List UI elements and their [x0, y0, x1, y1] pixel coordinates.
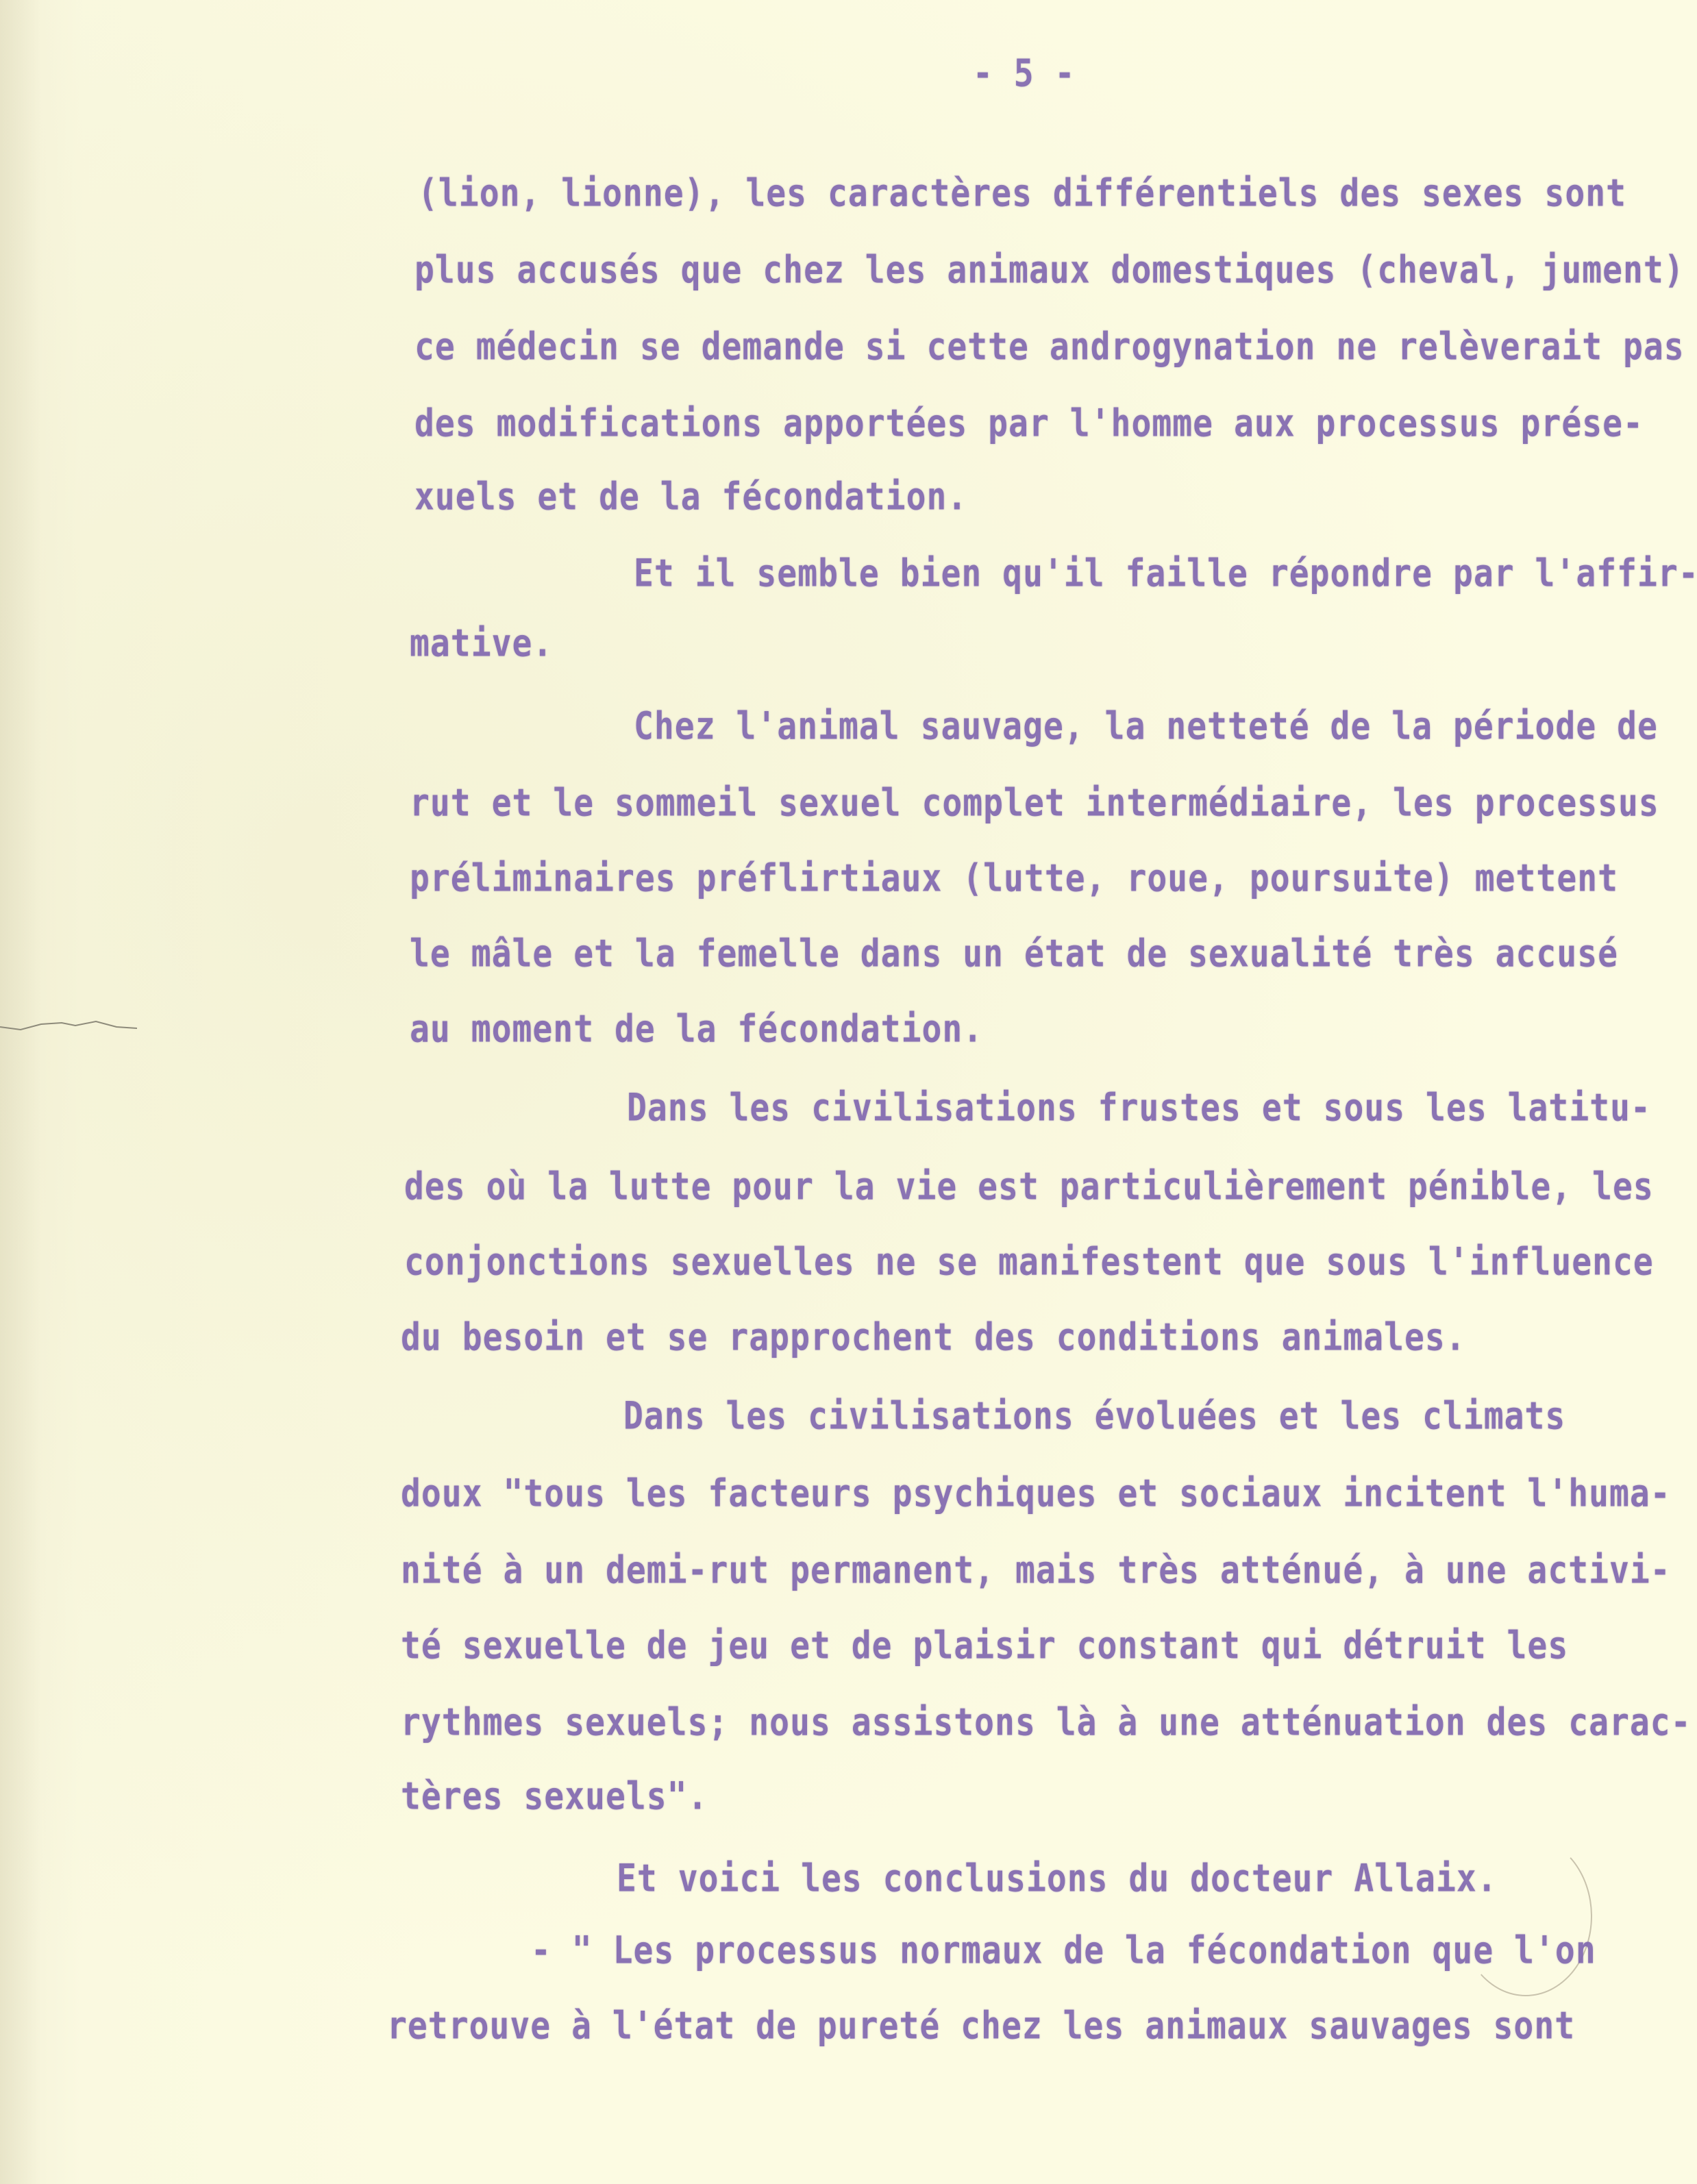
text-line: du besoin et se rapprochent des conditio… [401, 1315, 1466, 1359]
text-line: - " Les processus normaux de la fécondat… [531, 1928, 1596, 1972]
text-line: nité à un demi-rut permanent, mais très … [401, 1548, 1671, 1592]
text-line: mative. [410, 621, 553, 665]
document-page: - 5 - (lion, lionne), les caractères dif… [0, 0, 1697, 2184]
text-line: des où la lutte pour la vie est particul… [404, 1165, 1654, 1208]
text-line: Chez l'animal sauvage, la netteté de la … [634, 704, 1658, 748]
paper-tear-mark [0, 1017, 144, 1031]
text-line: Et il semble bien qu'il faille répondre … [634, 551, 1697, 595]
text-line: rythmes sexuels; nous assistons là à une… [401, 1700, 1692, 1744]
text-line: doux "tous les facteurs psychiques et so… [401, 1472, 1671, 1515]
text-line: Dans les civilisations évoluées et les c… [623, 1394, 1565, 1438]
text-line: Dans les civilisations frustes et sous l… [627, 1086, 1651, 1130]
text-line: ce médecin se demande si cette androgyna… [414, 325, 1685, 369]
text-line: retrouve à l'état de pureté chez les ani… [387, 2004, 1575, 2048]
text-line: Et voici les conclusions du docteur Alla… [617, 1857, 1498, 1900]
text-line: conjonctions sexuelles ne se manifestent… [404, 1240, 1654, 1284]
text-line: préliminaires préflirtiaux (lutte, roue,… [410, 856, 1618, 900]
text-line: au moment de la fécondation. [410, 1007, 983, 1051]
text-line: le mâle et la femelle dans un état de se… [410, 932, 1618, 976]
text-line: tères sexuels". [401, 1774, 708, 1818]
text-line: (lion, lionne), les caractères différent… [418, 171, 1626, 215]
page-number: - 5 - [973, 51, 1076, 95]
paper-fold-shadow [0, 0, 41, 2184]
text-line: plus accusés que chez les animaux domest… [414, 248, 1685, 292]
text-line: des modifications apportées par l'homme … [414, 401, 1644, 445]
text-line: té sexuelle de jeu et de plaisir constan… [401, 1624, 1568, 1667]
text-line: xuels et de la fécondation. [414, 475, 967, 519]
text-line: rut et le sommeil sexuel complet intermé… [410, 781, 1659, 825]
